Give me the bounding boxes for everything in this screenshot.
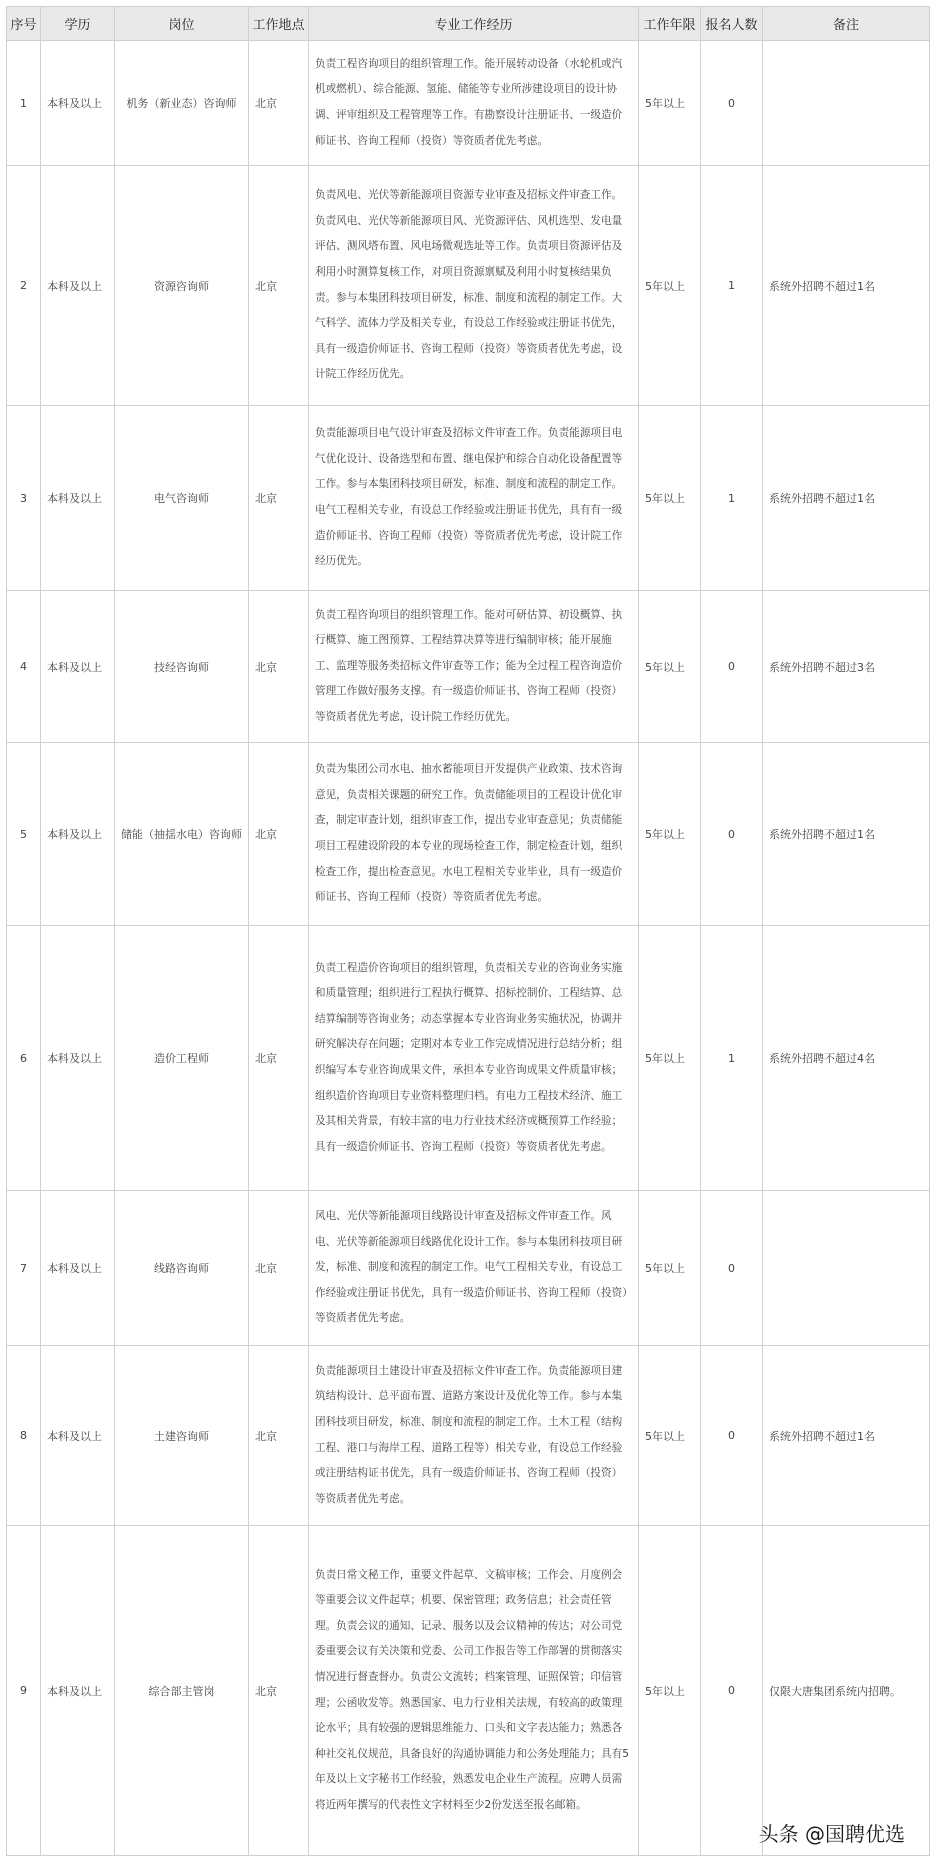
- cell-years: 5年以上: [639, 1346, 701, 1526]
- cell-position: 电气咨询师: [115, 406, 249, 591]
- cell-position: 技经咨询师: [115, 591, 249, 743]
- table-row: 2本科及以上资源咨询师北京负责风电、光伏等新能源项目资源专业审查及招标文件审查工…: [7, 166, 930, 406]
- cell-location: 北京: [249, 591, 309, 743]
- cell-years: 5年以上: [639, 41, 701, 166]
- cell-remarks: 系统外招聘不超过1名: [763, 406, 930, 591]
- cell-education: 本科及以上: [41, 166, 115, 406]
- cell-remarks: [763, 41, 930, 166]
- cell-position: 机务（新业态）咨询师: [115, 41, 249, 166]
- cell-experience: 负责能源项目电气设计审查及招标文件审查工作。负责能源项目电气优化设计、设备选型和…: [309, 406, 639, 591]
- cell-experience: 风电、光伏等新能源项目线路设计审查及招标文件审查工作。风电、光伏等新能源项目线路…: [309, 1191, 639, 1346]
- header-education: 学历: [41, 7, 115, 41]
- cell-years: 5年以上: [639, 1526, 701, 1856]
- table-row: 9本科及以上综合部主管岗北京负责日常文秘工作，重要文件起草、文稿审核；工作会、月…: [7, 1526, 930, 1856]
- cell-index: 7: [7, 1191, 41, 1346]
- cell-experience: 负责工程造价咨询项目的组织管理，负责相关专业的咨询业务实施和质量管理；组织进行工…: [309, 926, 639, 1191]
- cell-position: 资源咨询师: [115, 166, 249, 406]
- cell-index: 3: [7, 406, 41, 591]
- cell-location: 北京: [249, 743, 309, 926]
- cell-applicants: 1: [701, 406, 763, 591]
- cell-position: 综合部主管岗: [115, 1526, 249, 1856]
- cell-education: 本科及以上: [41, 743, 115, 926]
- header-location: 工作地点: [249, 7, 309, 41]
- header-position: 岗位: [115, 7, 249, 41]
- table-row: 6本科及以上造价工程师北京负责工程造价咨询项目的组织管理，负责相关专业的咨询业务…: [7, 926, 930, 1191]
- cell-experience: 负责工程咨询项目的组织管理工作。能开展转动设备（水轮机或汽机或燃机）、综合能源、…: [309, 41, 639, 166]
- cell-location: 北京: [249, 926, 309, 1191]
- cell-remarks: 系统外招聘不超过4名: [763, 926, 930, 1191]
- cell-index: 2: [7, 166, 41, 406]
- cell-position: 储能（抽揺水电）咨询师: [115, 743, 249, 926]
- cell-years: 5年以上: [639, 166, 701, 406]
- table-row: 3本科及以上电气咨询师北京负责能源项目电气设计审查及招标文件审查工作。负责能源项…: [7, 406, 930, 591]
- cell-remarks: [763, 1191, 930, 1346]
- cell-years: 5年以上: [639, 406, 701, 591]
- cell-remarks: 系统外招聘不超过3名: [763, 591, 930, 743]
- cell-experience: 负责工程咨询项目的组织管理工作。能对可研估算、初设概算、执行概算、施工图预算、工…: [309, 591, 639, 743]
- cell-location: 北京: [249, 41, 309, 166]
- table-row: 4本科及以上技经咨询师北京负责工程咨询项目的组织管理工作。能对可研估算、初设概算…: [7, 591, 930, 743]
- header-years: 工作年限: [639, 7, 701, 41]
- cell-applicants: 1: [701, 926, 763, 1191]
- cell-position: 造价工程师: [115, 926, 249, 1191]
- cell-location: 北京: [249, 1191, 309, 1346]
- header-experience: 专业工作经历: [309, 7, 639, 41]
- header-remarks: 备注: [763, 7, 930, 41]
- cell-location: 北京: [249, 406, 309, 591]
- header-index: 序号: [7, 7, 41, 41]
- watermark: 头条 @国聘优选: [759, 1818, 905, 1847]
- cell-remarks: 仅限大唐集团系统内招聘。: [763, 1526, 930, 1856]
- cell-years: 5年以上: [639, 926, 701, 1191]
- header-applicants: 报名人数: [701, 7, 763, 41]
- table-header-row: 序号 学历 岗位 工作地点 专业工作经历 工作年限 报名人数 备注: [7, 7, 930, 41]
- cell-experience: 负责风电、光伏等新能源项目资源专业审查及招标文件审查工作。负责风电、光伏等新能源…: [309, 166, 639, 406]
- cell-applicants: 0: [701, 591, 763, 743]
- table-row: 7本科及以上线路咨询师北京风电、光伏等新能源项目线路设计审查及招标文件审查工作。…: [7, 1191, 930, 1346]
- cell-applicants: 1: [701, 166, 763, 406]
- cell-education: 本科及以上: [41, 591, 115, 743]
- cell-remarks: 系统外招聘不超过1名: [763, 743, 930, 926]
- cell-applicants: 0: [701, 743, 763, 926]
- cell-index: 1: [7, 41, 41, 166]
- cell-years: 5年以上: [639, 591, 701, 743]
- job-positions-table: 序号 学历 岗位 工作地点 专业工作经历 工作年限 报名人数 备注 1本科及以上…: [6, 6, 930, 1856]
- cell-applicants: 0: [701, 41, 763, 166]
- cell-remarks: 系统外招聘不超过1名: [763, 166, 930, 406]
- cell-education: 本科及以上: [41, 926, 115, 1191]
- cell-applicants: 0: [701, 1191, 763, 1346]
- table-row: 5本科及以上储能（抽揺水电）咨询师北京负责为集团公司水电、抽水蓄能项目开发提供产…: [7, 743, 930, 926]
- cell-applicants: 0: [701, 1526, 763, 1856]
- cell-index: 9: [7, 1526, 41, 1856]
- cell-position: 线路咨询师: [115, 1191, 249, 1346]
- table-row: 1本科及以上机务（新业态）咨询师北京负责工程咨询项目的组织管理工作。能开展转动设…: [7, 41, 930, 166]
- cell-location: 北京: [249, 166, 309, 406]
- table-row: 8本科及以上土建咨询师北京负责能源项目土建设计审查及招标文件审查工作。负责能源项…: [7, 1346, 930, 1526]
- cell-education: 本科及以上: [41, 41, 115, 166]
- cell-education: 本科及以上: [41, 406, 115, 591]
- cell-experience: 负责能源项目土建设计审查及招标文件审查工作。负责能源项目建筑结构设计、总平面布置…: [309, 1346, 639, 1526]
- cell-education: 本科及以上: [41, 1526, 115, 1856]
- cell-location: 北京: [249, 1346, 309, 1526]
- cell-index: 5: [7, 743, 41, 926]
- cell-experience: 负责为集团公司水电、抽水蓄能项目开发提供产业政策、技术咨询意见，负责相关课题的研…: [309, 743, 639, 926]
- cell-position: 土建咨询师: [115, 1346, 249, 1526]
- cell-education: 本科及以上: [41, 1346, 115, 1526]
- cell-experience: 负责日常文秘工作，重要文件起草、文稿审核；工作会、月度例会等重要会议文件起草；机…: [309, 1526, 639, 1856]
- cell-years: 5年以上: [639, 1191, 701, 1346]
- cell-applicants: 0: [701, 1346, 763, 1526]
- cell-education: 本科及以上: [41, 1191, 115, 1346]
- cell-years: 5年以上: [639, 743, 701, 926]
- cell-index: 4: [7, 591, 41, 743]
- cell-location: 北京: [249, 1526, 309, 1856]
- cell-remarks: 系统外招聘不超过1名: [763, 1346, 930, 1526]
- cell-index: 8: [7, 1346, 41, 1526]
- cell-index: 6: [7, 926, 41, 1191]
